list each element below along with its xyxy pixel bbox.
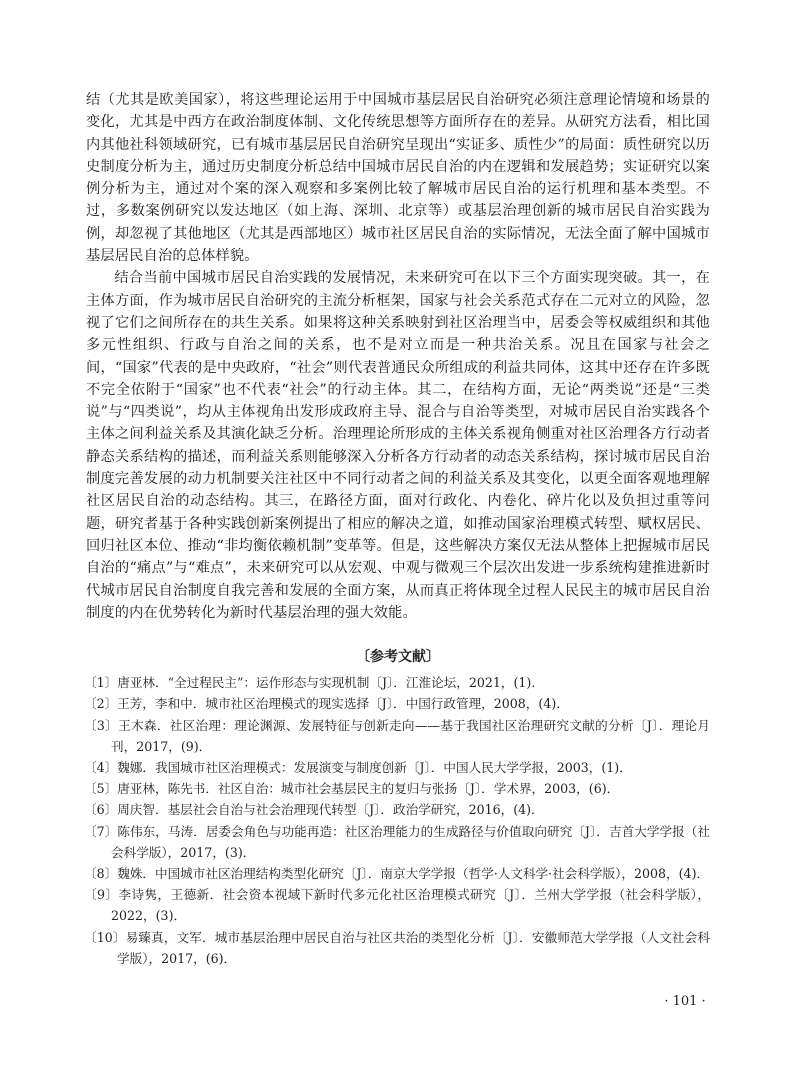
reference-item-5: 〔5〕唐亚林，陈先书．社区自治：城市社会基层民主的复归与张扬〔J〕．学术界，20…: [84, 778, 710, 799]
reference-item-6: 〔6〕周庆智．基层社会自治与社会治理现代转型〔J〕．政治学研究，2016，(4)…: [84, 799, 710, 820]
reference-item-7: 〔7〕陈伟东，马涛．居委会角色与功能再造：社区治理能力的生成路径与价值取向研究〔…: [84, 821, 710, 863]
reference-item-8: 〔8〕魏姝．中国城市社区治理结构类型化研究〔J〕．南京大学学报（哲学·人文科学·…: [84, 863, 710, 884]
reference-item-9: 〔9〕李诗隽，王德新．社会资本视域下新时代多元化社区治理模式研究〔J〕．兰州大学…: [84, 884, 710, 926]
page-number: · 101 ·: [655, 992, 715, 1012]
reference-item-2: 〔2〕王芳，李和中．城市社区治理模式的现实选择〔J〕．中国行政管理，2008，(…: [84, 693, 710, 714]
reference-item-10: 〔10〕易臻真，文军．城市基层治理中居民自治与社区共治的类型化分析〔J〕．安徽师…: [84, 927, 710, 969]
references-heading: 〔参考文献〕: [86, 646, 710, 668]
page-content: 结（尤其是欧美国家），将这些理论运用于中国城市基层居民自治研究必须注意理论情境和…: [86, 89, 710, 969]
body-paragraph-2: 结合当前中国城市居民自治实践的发展情况，未来研究可在以下三个方面实现突破。其一，…: [86, 267, 710, 624]
body-paragraph-1: 结（尤其是欧美国家），将这些理论运用于中国城市基层居民自治研究必须注意理论情境和…: [86, 89, 710, 267]
reference-item-3: 〔3〕王木森．社区治理：理论渊源、发展特征与创新走向——基于我国社区治理研究文献…: [84, 715, 710, 757]
reference-item-4: 〔4〕魏娜．我国城市社区治理模式：发展演变与制度创新〔J〕．中国人民大学学报，2…: [84, 757, 710, 778]
reference-item-1: 〔1〕唐亚林．“全过程民主”：运作形态与实现机制〔J〕．江淮论坛，2021，(1…: [84, 672, 710, 693]
reference-list: 〔1〕唐亚林．“全过程民主”：运作形态与实现机制〔J〕．江淮论坛，2021，(1…: [86, 672, 710, 969]
